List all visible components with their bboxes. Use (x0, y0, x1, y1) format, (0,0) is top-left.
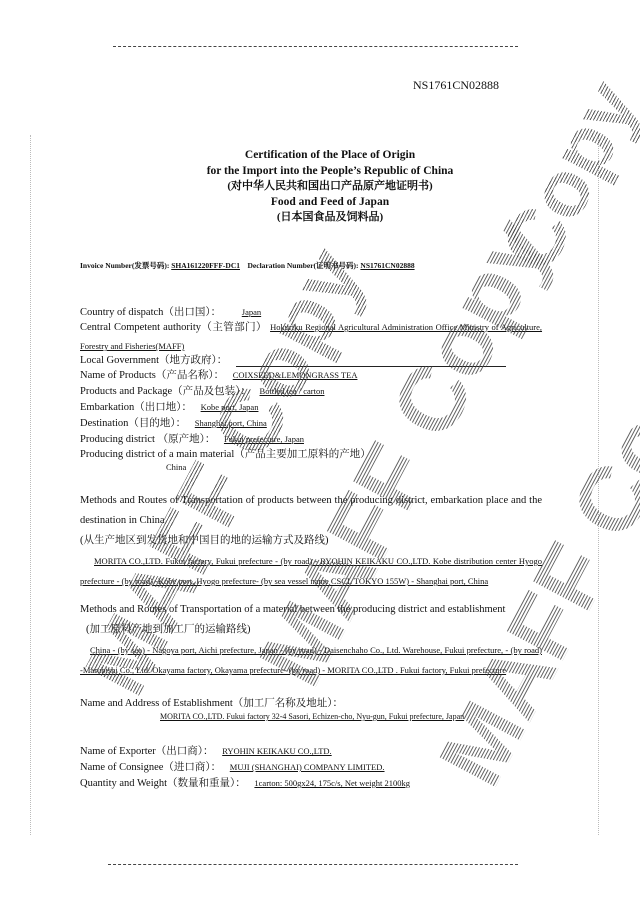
field-label: Products and Package（产品及包装）： (80, 386, 251, 397)
transport-material-label: Methods and Routes of Transportation of … (80, 600, 542, 620)
field-value: Bottled tea / carton (260, 386, 325, 396)
field-value: China (166, 462, 186, 472)
top-border-line (113, 46, 518, 47)
field-label: Country of dispatch（出口国）： (80, 307, 221, 318)
field-value: Fukui prefecture, Japan (224, 434, 304, 444)
title-line-1: Certification of the Place of Origin (150, 148, 510, 164)
transport-material-label-cn: (加工原料产地到加工厂的运输路线) (80, 620, 542, 640)
field-products-and-package: Products and Package（产品及包装）： Bottled tea… (80, 383, 324, 398)
field-value: RYOHIN KEIKAKU CO.,LTD. (222, 746, 331, 756)
invoice-label: Invoice Number(发票号码): (80, 261, 169, 270)
field-value: MUJI (SHANGHAI) COMPANY LIMITED. (230, 762, 385, 772)
invoice-number: SHA161220FFF-DC1 (171, 261, 240, 270)
certificate-title: Certification of the Place of Origin for… (150, 148, 510, 226)
field-quantity-weight: Quantity and Weight（数量和重量）： 1carton: 500… (80, 775, 410, 790)
field-establishment: Name and Address of Establishment（加工厂名称及… (80, 695, 343, 710)
field-country-of-dispatch: Country of dispatch（出口国）： Japan (80, 304, 301, 319)
field-value: 1carton: 500gx24, 175c/s, Net weight 210… (254, 778, 410, 788)
transport-products-section: Methods and Routes of Transportation of … (80, 491, 542, 591)
field-label: Name of Consignee（进口商）： (80, 762, 221, 773)
field-producing-district: Producing district （原产地）： Fukui prefectu… (80, 431, 304, 446)
title-line-4: Food and Feed of Japan (150, 195, 510, 211)
field-label: Central Competent authority（主管部门） (80, 322, 267, 333)
transport-material-section: Methods and Routes of Transportation of … (80, 600, 542, 680)
certificate-page: NS1761CN02888 Certification of the Place… (0, 0, 640, 903)
transport-products-label-cn: (从生产地区到发货地和中国目的地的运输方式及路线) (80, 531, 542, 551)
right-edge (598, 135, 599, 835)
field-label: Producing district of a main material（产品… (80, 449, 371, 460)
field-consignee: Name of Consignee（进口商）： MUJI (SHANGHAI) … (80, 759, 385, 774)
reference-number: NS1761CN02888 (413, 78, 499, 93)
field-central-authority: Central Competent authority（主管部门） Hokuri… (80, 318, 542, 356)
establishment-value-row: MORITA CO.,LTD. Fukui factory 32-4 Sasor… (160, 711, 464, 722)
field-value: Shanghai port, China (195, 418, 267, 428)
main-material-district-value: China (160, 462, 186, 473)
bottom-border-line (108, 864, 518, 865)
field-name-of-products: Name of Products（产品名称）： COIXSEED&LEMONGR… (80, 367, 357, 382)
field-label: Quantity and Weight（数量和重量）： (80, 778, 246, 789)
field-main-material-district: Producing district of a main material（产品… (80, 446, 371, 461)
field-value: Kobe port, Japan (201, 402, 259, 412)
transport-products-label: Methods and Routes of Transportation of … (80, 491, 542, 531)
field-destination: Destination（目的地）： Shanghai port, China (80, 415, 267, 430)
field-label: Producing district （原产地）： (80, 434, 215, 445)
field-value-blank (236, 356, 506, 367)
left-edge (30, 135, 31, 835)
field-value: COIXSEED&LEMONGRASS TEA (233, 370, 358, 380)
field-exporter: Name of Exporter（出口商）： RYOHIN KEIKAKU CO… (80, 743, 332, 758)
title-line-5-cn: (日本国食品及饲料品) (150, 210, 510, 226)
field-value: MORITA CO.,LTD. Fukui factory 32-4 Sasor… (160, 712, 464, 721)
title-line-3-cn: (对中华人民共和国出口产品原产地证明书) (150, 179, 510, 195)
field-local-government: Local Government（地方政府）： (80, 352, 506, 367)
field-label: Name and Address of Establishment（加工厂名称及… (80, 698, 343, 709)
declaration-label: Declaration Number(证明书号码): (248, 261, 359, 270)
field-label: Name of Products（产品名称）： (80, 370, 224, 381)
field-label: Destination（目的地）： (80, 418, 186, 429)
field-label: Name of Exporter（出口商）： (80, 746, 214, 757)
declaration-number: NS1761CN02888 (360, 261, 414, 270)
invoice-line: Invoice Number(发票号码): SHA161220FFF-DC1 D… (80, 260, 415, 271)
field-label: Local Government（地方政府）： (80, 355, 227, 366)
field-embarkation: Embarkation（出口地）： Kobe port, Japan (80, 399, 258, 414)
field-label: Embarkation（出口地）： (80, 402, 192, 413)
transport-products-value: MORITA CO.,LTD. Fukui factory, Fukui pre… (80, 551, 542, 591)
field-value: Japan (230, 307, 301, 317)
title-line-2: for the Import into the People’s Republi… (150, 164, 510, 180)
transport-material-value: China - (by sea) - Nagoya port, Aichi pr… (80, 640, 542, 680)
